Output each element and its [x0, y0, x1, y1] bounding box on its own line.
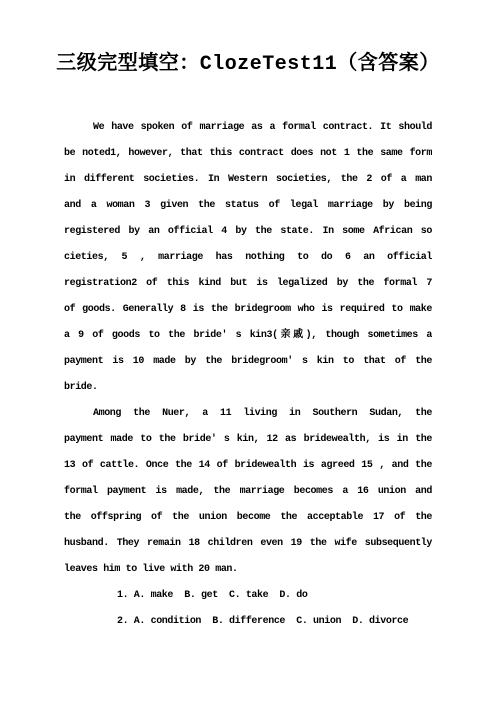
passage-line: and a woman 3 given the status of legal …: [64, 193, 432, 219]
passage-line: payment made to the bride' s kin, 12 as …: [64, 427, 432, 453]
passage-line: in different societies. In Western socie…: [64, 167, 432, 193]
passage-line: bride.: [64, 375, 432, 401]
question-line: 1. A. make B. get C. take D. do: [64, 583, 432, 609]
question-line: 2. A. condition B. difference C. union D…: [64, 609, 432, 635]
passage-line: of goods. Generally 8 is the bridegroom …: [64, 297, 432, 323]
passage-line: Among the Nuer, a 11 living in Southern …: [64, 401, 432, 427]
passage-line: payment is 10 made by the bridegroom' s …: [64, 349, 432, 375]
passage: We have spoken of marriage as a formal c…: [64, 115, 432, 635]
passage-line: registration2 of this kind but is legali…: [64, 271, 432, 297]
passage-line: be noted1, however, that this contract d…: [64, 141, 432, 167]
passage-line: formal payment is made, the marriage bec…: [64, 479, 432, 505]
passage-line: registered by an official 4 by the state…: [64, 219, 432, 245]
document-page: 三级完型填空：ClozeTest11（含答案） We have spoken o…: [0, 0, 496, 702]
passage-line: husband. They remain 18 children even 19…: [64, 531, 432, 557]
passage-line: cieties, 5 , marriage has nothing to do …: [64, 245, 432, 271]
passage-line: We have spoken of marriage as a formal c…: [64, 115, 432, 141]
passage-line: leaves him to live with 20 man.: [64, 557, 432, 583]
passage-line: a 9 of goods to the bride' s kin3(亲戚), t…: [64, 323, 432, 349]
page-title: 三级完型填空：ClozeTest11（含答案）: [0, 50, 496, 80]
passage-line: 13 of cattle. Once the 14 of bridewealth…: [64, 453, 432, 479]
passage-line: the offspring of the union become the ac…: [64, 505, 432, 531]
